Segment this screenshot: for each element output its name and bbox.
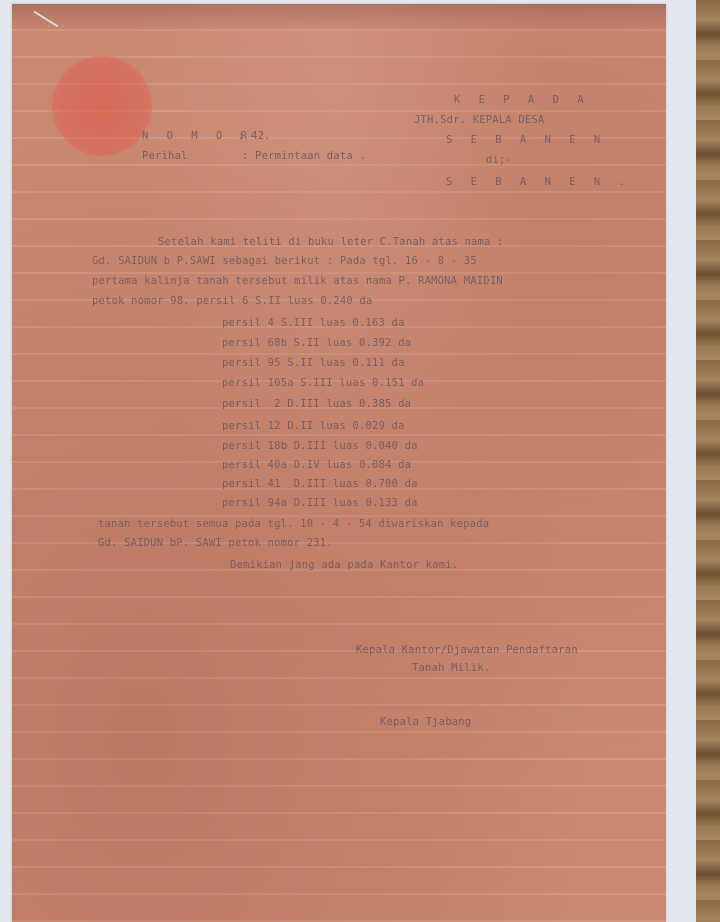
parcel-line: persil 4 S.III luas 0.163 da [222,317,405,329]
red-stamp-seal-icon [52,56,152,156]
body-intro-line4: petok nomor 98. persil 6 S.II luas 0.240… [92,295,372,307]
parcel-line: persil 105a S.III luas 0.151 da [222,377,424,389]
body-intro-line3: pertama kalinja tanah tersebut milik ata… [92,275,503,287]
nomor-label: N O M O R [142,130,253,142]
letter-document: N O M O R : 42. Perihal : Permintaan dat… [12,4,666,922]
parcel-line: persil 2 D.III luas 0.385 da [222,398,411,410]
body-intro-line2: Gd. SAIDUN b P.SAWI sebagai berikut : Pa… [92,255,477,267]
parcel-line: persil 94a D.III luas 0.133 da [222,497,418,509]
addressee-line1: JTH.Sdr. KEPALA DESA [414,114,544,126]
body-closing-line1: tanah tersebut semua pada tgl. 10 - 4 - … [98,518,489,530]
parcel-line: persil 40a D.IV luas 0.084 da [222,459,411,471]
signature-office-line2: Tanah Milik. [412,662,490,674]
body-remark: Demikian jang ada pada Kantor kami. [230,559,458,571]
wooden-background [696,0,720,922]
parcel-line: persil 41 D.III luas 0.700 da [222,478,418,490]
parcel-line: persil 95 S.II luas 0.111 da [222,357,405,369]
addressee-line2: S E B A N E N [446,134,606,146]
signature-office: Kepala Kantor/Djawatan Pendaftaran [356,644,578,656]
parcel-line: persil 68b S.II luas 0.392 da [222,337,411,349]
body-closing-line2: Gd. SAIDUN bP. SAWI petok nomor 231. [98,537,333,549]
addressee-kepada: K E P A D A [454,94,590,106]
signature-title: Kepala Tjabang [380,716,471,728]
paper-fold-shadow [12,4,666,32]
parcel-line: persil 12 D.II luas 0.029 da [222,420,405,432]
parcel-line: persil 18b D.III luas 0.040 da [222,440,418,452]
nomor-value: : 42. [238,130,271,142]
addressee-line4: S E B A N E N . [446,176,631,188]
perihal-label: Perihal [142,150,188,162]
addressee-line3: di;- [486,154,512,166]
body-intro-line1: Setelah kami teliti di buku leter C.Tana… [158,236,504,248]
perihal-value: : Permintaan data . [242,150,366,162]
